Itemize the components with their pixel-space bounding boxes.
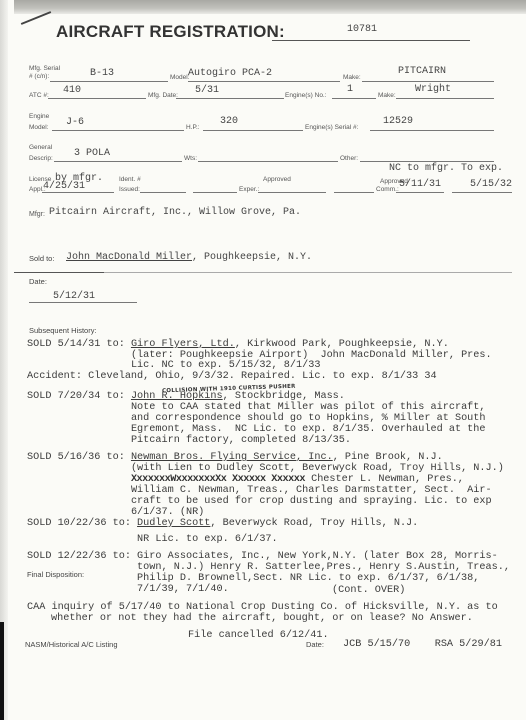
- history-line: town, N.J.) Henry R. Satterlee,Pres., He…: [27, 562, 510, 573]
- history-buyer-name: Newman Bros. Flying Service, Inc.: [131, 452, 333, 463]
- history-line-prefix: [27, 402, 131, 413]
- engine-serial-value: 12529: [383, 116, 413, 127]
- footer-date-values: JCB 5/15/70 RSA 5/29/81: [343, 639, 502, 650]
- history-line-text: Note to CAA stated that Miller was pilot…: [131, 402, 486, 413]
- paper-edge: [0, 0, 8, 720]
- model-label: Model:: [170, 74, 190, 82]
- history-line-text: NR Lic. to exp. 6/1/37.: [137, 534, 278, 545]
- general-descrip-value: 3 POLA: [74, 148, 110, 159]
- history-line-text: Egremont, Mass. NC Lic. to exp. 8/1/35. …: [131, 424, 486, 435]
- history-line-prefix: [27, 485, 131, 496]
- engine-model-label-top: Engine: [29, 113, 49, 121]
- history-line: craft to be used for crop dusting and sp…: [27, 496, 492, 507]
- ident-issued-line-2: [193, 192, 237, 193]
- sold-to-name: John MacDonald Miller: [66, 252, 192, 263]
- history-line-prefix: SOLD 5/14/31 to:: [27, 339, 131, 350]
- atc-value: 410: [63, 85, 81, 96]
- approved-exper-line-2: [334, 192, 374, 193]
- model-line: [188, 81, 340, 82]
- history-line-prefix: [27, 360, 131, 371]
- mfg-date-line: [176, 98, 284, 99]
- history-line-text: Pitcairn factory, completed 8/13/35.: [131, 435, 351, 446]
- history-line-text: , Kirkwood Park, Poughkeepsie, N.Y.: [235, 339, 449, 350]
- engines-no-line: [332, 98, 376, 99]
- mfg-date-label: Mfg. Date:: [148, 92, 178, 100]
- engine-serial-label: Engine(s) Serial #:: [305, 124, 358, 132]
- history-line: 6/1/37. (NR): [27, 507, 204, 518]
- hp-label: H.P.:: [186, 124, 200, 132]
- history-line: 7/1/39, 7/1/40.: [27, 584, 229, 595]
- history-line: Note to CAA stated that Miller was pilot…: [27, 402, 486, 413]
- history-line-text: Philip D. Brownell,Sect. NR Lic. to exp.…: [137, 573, 479, 584]
- engine-model-label: Model:: [29, 124, 49, 132]
- history-line: William C. Newman, Treas., Charles Darms…: [27, 485, 492, 496]
- history-line-text: (with Lien to Dudley Scott, Beverwyck Ro…: [131, 463, 504, 474]
- approved-exper-label: Exper.:: [239, 186, 259, 194]
- make-label: Make:: [343, 74, 361, 82]
- history-line-text: , Pine Brook, N.J.: [333, 452, 443, 463]
- history-line: SOLD 5/16/36 to: Newman Bros. Flying Ser…: [27, 452, 443, 463]
- atc-line: [48, 98, 146, 99]
- history-buyer-name: Giro Flyers, Ltd.: [131, 339, 235, 350]
- history-line-text: 7/1/39, 7/1/40.: [137, 584, 229, 595]
- approved-exper-line: [258, 192, 326, 193]
- license-appl-value: 4/25/31: [43, 181, 85, 192]
- history-line: SOLD 12/22/36 to: Giro Associates, Inc.,…: [27, 551, 498, 562]
- engine-make-value: Wright: [415, 84, 451, 95]
- history-line-prefix: [27, 463, 131, 474]
- model-value: Autogiro PCA-2: [188, 68, 272, 79]
- engine-model-value: J-6: [66, 117, 84, 128]
- history-line: Accident: Cleveland, Ohio, 9/3/32. Repai…: [27, 371, 437, 382]
- approved-exper-label-top: Approved: [263, 176, 291, 184]
- history-line: SOLD 10/22/36 to: Dudley Scott, Beverwyc…: [27, 518, 418, 529]
- history-line: Pitcairn factory, completed 8/13/35.: [27, 435, 351, 446]
- history-line-prefix: [27, 435, 131, 446]
- history-line-prefix: [27, 507, 131, 518]
- history-line-text: Lic. NC to exp. 5/15/32, 8/1/33: [131, 360, 321, 371]
- history-line-text: , Beverwyck Road, Troy Hills, N.J.: [210, 518, 418, 529]
- sold-date-value: 5/12/31: [53, 291, 95, 302]
- mfgr-value: Pitcairn Aircraft, Inc., Willow Grove, P…: [49, 207, 301, 218]
- mfg-serial-line: [50, 81, 168, 82]
- history-line-prefix: [27, 424, 131, 435]
- make-value: PITCAIRN: [398, 66, 446, 77]
- history-line-prefix: [27, 474, 131, 485]
- mfg-date-value: 5/31: [195, 85, 219, 96]
- history-line: NR Lic. to exp. 6/1/37.: [27, 534, 278, 545]
- history-line-text: , Stockbridge, Mass.: [223, 391, 345, 402]
- history-line-prefix: SOLD 7/20/34 to:: [27, 391, 131, 402]
- ident-issued-line: [140, 192, 186, 193]
- subsequent-history-label: Subsequent History:: [29, 326, 97, 335]
- registration-number: 10781: [347, 24, 377, 35]
- approved-comm-note: NC to mfgr. To exp.: [389, 163, 503, 174]
- general-descrip-label-top: General: [29, 144, 52, 152]
- atc-label: ATC #:: [29, 92, 49, 100]
- mfgr-label: Mfgr:: [29, 211, 45, 219]
- sold-to-value: John MacDonald Miller, Poughkeepsie, N.Y…: [66, 252, 312, 263]
- struck-out-text: XxxxxxxWxxxxxxxXx Xxxxxx Xxxxxx: [131, 474, 305, 485]
- history-line: and correspondence should go to Hopkins,…: [27, 413, 486, 424]
- engine-make-label: Make:: [378, 92, 396, 100]
- history-line-prefix: [27, 496, 131, 507]
- history-line: Philip D. Brownell,Sect. NR Lic. to exp.…: [27, 573, 479, 584]
- ident-label-top: Ident. #: [119, 176, 141, 184]
- other-line: [360, 161, 494, 162]
- engines-no-label: Engine(s) No.:: [285, 92, 327, 100]
- caa-inquiry-line-2: whether or not they had the aircraft, bo…: [51, 613, 473, 624]
- nasm-listing-label: NASM/Historical A/C Listing: [25, 640, 118, 649]
- hp-value: 320: [220, 116, 238, 127]
- date-label: Date:: [29, 277, 47, 286]
- cont-over: (Cont. OVER): [332, 585, 405, 596]
- history-line: (with Lien to Dudley Scott, Beverwyck Ro…: [27, 463, 504, 474]
- history-line-prefix: [27, 584, 137, 595]
- approved-comm-line-2: [452, 192, 512, 193]
- history-line-text: and correspondence should go to Hopkins,…: [131, 413, 486, 424]
- sold-to-location: , Poughkeepsie, N.Y.: [192, 252, 312, 263]
- mfg-serial-label: # (c/n):: [29, 73, 49, 81]
- general-descrip-line: [54, 161, 182, 162]
- history-line: Lic. NC to exp. 5/15/32, 8/1/33: [27, 360, 320, 371]
- history-buyer-name: Dudley Scott: [137, 518, 210, 529]
- history-line-prefix: SOLD 12/22/36 to:: [27, 551, 137, 562]
- mfg-serial-value: B-13: [90, 68, 114, 79]
- wts-line: [198, 161, 338, 162]
- registration-underline: [272, 40, 470, 41]
- scan-shadow: [14, 0, 526, 14]
- history-line: SOLD 5/14/31 to: Giro Flyers, Ltd., Kirk…: [27, 339, 449, 350]
- engine-model-line: [52, 130, 184, 131]
- history-line: XxxxxxxWxxxxxxxXx Xxxxxx Xxxxxx Chester …: [27, 474, 464, 485]
- history-line-prefix: [27, 534, 137, 545]
- history-line-prefix: SOLD 5/16/36 to:: [27, 452, 131, 463]
- other-label: Other:: [340, 155, 358, 163]
- ident-issued-label: Issued:: [119, 186, 140, 194]
- wts-label: Wts:: [184, 155, 197, 163]
- sold-to-rule-1: [14, 272, 104, 273]
- hp-line: [203, 130, 303, 131]
- history-line-text: craft to be used for crop dusting and sp…: [131, 496, 492, 507]
- form-title: AIRCRAFT REGISTRATION:: [56, 22, 285, 42]
- sold-to-rule-2: [104, 272, 512, 273]
- footer-date-label: Date:: [306, 640, 324, 649]
- caa-inquiry-line-1: CAA inquiry of 5/17/40 to National Crop …: [27, 602, 498, 613]
- approved-comm-value-2: 5/15/32: [470, 179, 512, 190]
- history-line-prefix: SOLD 10/22/36 to:: [27, 518, 137, 529]
- general-descrip-label: Descrip:: [29, 155, 53, 163]
- history-line-text: 6/1/37. (NR): [131, 507, 204, 518]
- license-appl-line: [42, 192, 114, 193]
- history-line-text: William C. Newman, Treas., Charles Darms…: [131, 485, 492, 496]
- sold-date-line: [29, 302, 137, 303]
- history-line-text: town, N.J.) Henry R. Satterlee,Pres., He…: [137, 562, 510, 573]
- history-line-text: Chester L. Newman, Pres.,: [305, 474, 464, 485]
- approved-comm-value: 5/11/31: [399, 179, 441, 190]
- scan-border: [0, 622, 4, 720]
- final-disposition-label: Final Disposition:: [27, 570, 84, 579]
- engine-serial-line: [370, 130, 494, 131]
- make-line: [362, 81, 494, 82]
- history-line: Egremont, Mass. NC Lic. to exp. 8/1/35. …: [27, 424, 486, 435]
- approved-comm-line: [396, 192, 444, 193]
- history-line-prefix: [27, 413, 131, 424]
- sold-to-label: Sold to:: [29, 254, 54, 263]
- history-line-text: Giro Associates, Inc., New York,N.Y. (la…: [137, 551, 498, 562]
- engine-make-line: [396, 98, 494, 99]
- mfg-serial-label-top: Mfg. Serial: [29, 65, 60, 73]
- history-line-text: Accident: Cleveland, Ohio, 9/3/32. Repai…: [27, 371, 437, 382]
- engines-no-value: 1: [347, 84, 353, 95]
